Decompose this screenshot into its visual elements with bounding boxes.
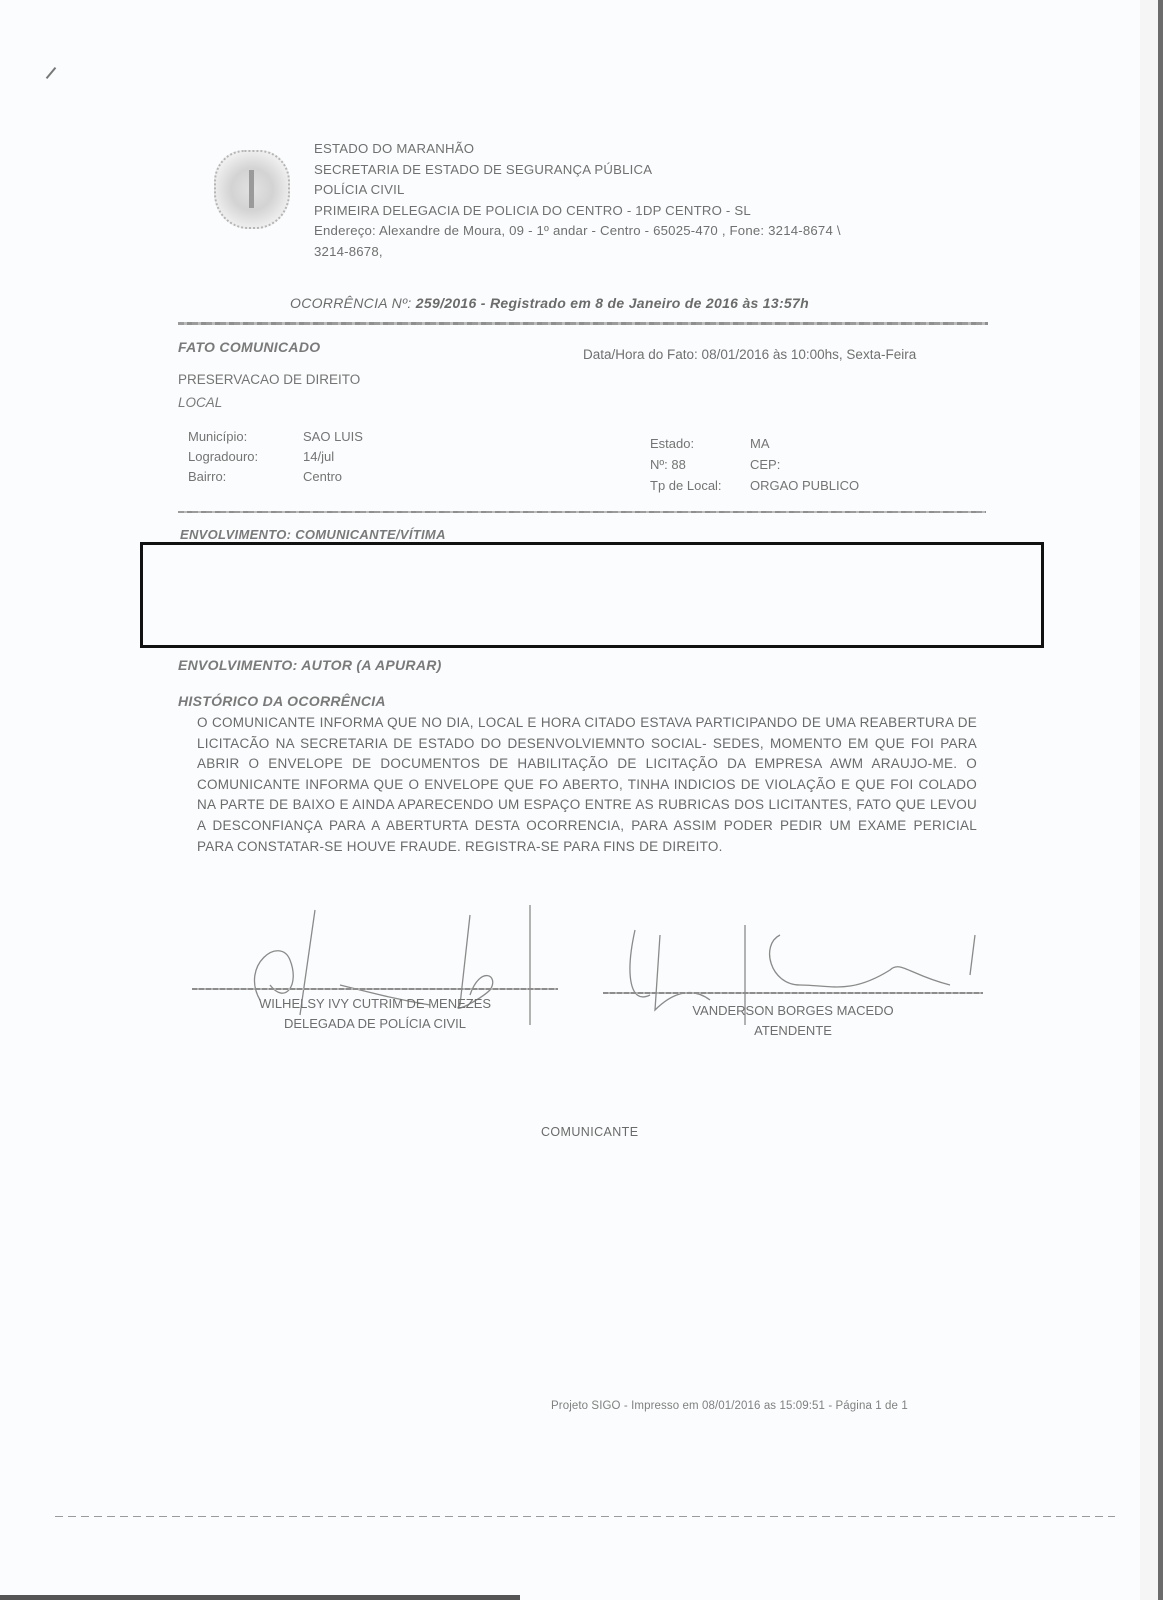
field-municipio: Município:SAO LUIS bbox=[188, 427, 363, 447]
signatory-name: VANDERSON BORGES MACEDO bbox=[603, 1001, 983, 1021]
envolvimento-autor: ENVOLVIMENTO: AUTOR (A APURAR) bbox=[178, 657, 442, 673]
scan-shadow bbox=[1140, 0, 1158, 1600]
header-precinct: PRIMEIRA DELEGACIA DE POLICIA DO CENTRO … bbox=[314, 201, 841, 222]
field-logradouro: Logradouro:14/jul bbox=[188, 447, 363, 467]
fato-nature: PRESERVACAO DE DIREITO bbox=[178, 372, 360, 387]
scan-edge bbox=[1158, 0, 1163, 1600]
signature-line bbox=[192, 988, 558, 990]
field-bairro: Bairro:Centro bbox=[188, 467, 363, 487]
pen-mark bbox=[46, 67, 57, 79]
envolvimento-comunicante: ENVOLVIMENTO: COMUNICANTE/VÍTIMA bbox=[180, 527, 446, 542]
document-header: ESTADO DO MARANHÃO SECRETARIA DE ESTADO … bbox=[314, 139, 841, 262]
signatory-name: WILHELSY IVY CUTRIM DE MENEZES bbox=[192, 994, 558, 1014]
field-numero-cep: Nº: 88CEP: bbox=[650, 454, 859, 475]
fato-datetime: Data/Hora do Fato: 08/01/2016 às 10:00hs… bbox=[583, 347, 916, 362]
fato-title: FATO COMUNICADO bbox=[178, 339, 320, 355]
header-secretariat: SECRETARIA DE ESTADO DE SEGURANÇA PÚBLIC… bbox=[314, 160, 841, 181]
header-address: Endereço: Alexandre de Moura, 09 - 1º an… bbox=[314, 221, 841, 242]
header-state: ESTADO DO MARANHÃO bbox=[314, 139, 841, 160]
occurrence-number: 259/2016 bbox=[416, 295, 477, 311]
scan-edge-bottom bbox=[0, 1595, 520, 1600]
historico-title: HISTÓRICO DA OCORRÊNCIA bbox=[178, 693, 386, 709]
historico-text: O COMUNICANTE INFORMA QUE NO DIA, LOCAL … bbox=[197, 713, 977, 857]
occurrence-title: OCORRÊNCIA Nº: 259/2016 - Registrado em … bbox=[290, 295, 809, 311]
occurrence-registered: - Registrado em 8 de Janeiro de 2016 às … bbox=[481, 295, 809, 311]
field-estado: Estado:MA bbox=[650, 433, 859, 454]
header-police: POLÍCIA CIVIL bbox=[314, 180, 841, 201]
divider bbox=[178, 322, 988, 325]
signatory-role: DELEGADA DE POLÍCIA CIVIL bbox=[192, 1014, 558, 1034]
header-phone: 3214-8678, bbox=[314, 242, 841, 263]
occurrence-label: OCORRÊNCIA Nº: bbox=[290, 295, 412, 311]
redaction-box bbox=[140, 542, 1044, 648]
local-fields-right: Estado:MA Nº: 88CEP: Tp de Local:ORGAO P… bbox=[650, 433, 859, 496]
signatory-role: ATENDENTE bbox=[603, 1021, 983, 1041]
signatory-delegada: WILHELSY IVY CUTRIM DE MENEZES DELEGADA … bbox=[192, 994, 558, 1034]
cut-line bbox=[55, 1516, 1115, 1517]
local-fields-left: Município:SAO LUIS Logradouro:14/jul Bai… bbox=[188, 427, 363, 487]
signatory-atendente: VANDERSON BORGES MACEDO ATENDENTE bbox=[603, 1001, 983, 1041]
divider bbox=[178, 511, 986, 513]
comunicante-label: COMUNICANTE bbox=[541, 1125, 638, 1139]
signature-line bbox=[603, 992, 983, 994]
police-badge-logo bbox=[214, 150, 290, 229]
field-tipo-local: Tp de Local:ORGAO PUBLICO bbox=[650, 475, 859, 496]
print-footer: Projeto SIGO - Impresso em 08/01/2016 as… bbox=[551, 1400, 908, 1412]
local-title: LOCAL bbox=[178, 395, 222, 410]
